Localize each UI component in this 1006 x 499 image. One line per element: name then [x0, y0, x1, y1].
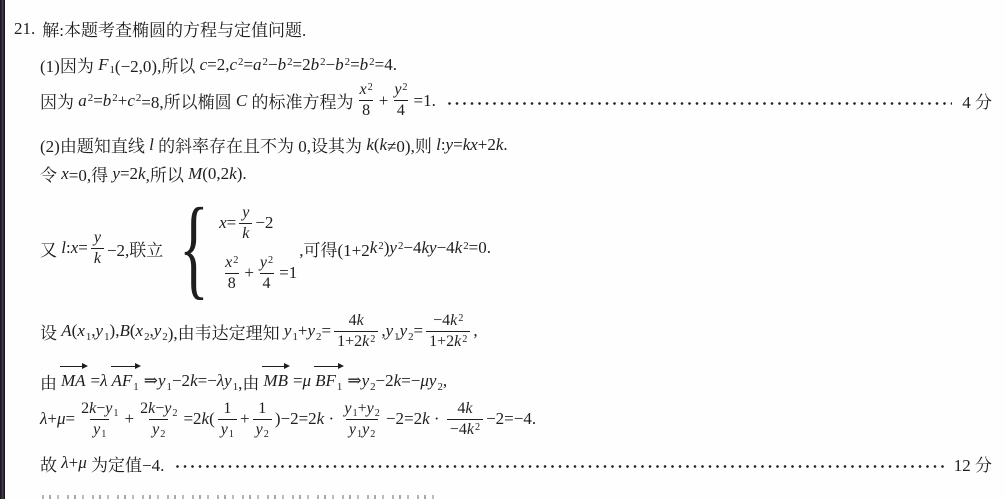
math-var: k2 — [454, 333, 467, 350]
text-run: + — [69, 453, 79, 473]
math-var: b2 — [335, 55, 350, 75]
fraction-numerator: −4k2 — [430, 311, 466, 331]
score-label: 4 分 — [960, 88, 992, 113]
vector-arrow: MB — [261, 371, 290, 391]
fraction-numerator: 4k — [454, 399, 475, 419]
math-var: k — [422, 409, 430, 429]
text-run: =8,所以椭圆 — [141, 88, 236, 113]
text-run: 8 — [228, 275, 236, 292]
fraction-denominator: y2 — [253, 419, 272, 440]
text-run: − — [268, 55, 278, 75]
text-run: · — [324, 409, 338, 429]
superscript: 2 — [398, 240, 403, 252]
equation-system: {x=yk−2x28+y24=1 — [167, 198, 297, 299]
superscript: 2 — [458, 313, 463, 324]
text-run: ),由韦达定理知 — [168, 319, 284, 344]
math-var: k — [94, 250, 101, 267]
superscript: 2 — [475, 422, 480, 433]
text-run: ). — [237, 164, 247, 184]
text-run: , — [443, 371, 447, 391]
math-var: x — [71, 238, 79, 258]
text-run: −2=2 — [386, 409, 422, 429]
math-var: k2 — [450, 312, 463, 329]
dotted-leader — [176, 465, 943, 468]
math-var: k — [229, 164, 237, 184]
superscript: 2 — [263, 56, 268, 68]
math-var: k2 — [467, 421, 480, 438]
text-run: 4 — [397, 102, 405, 119]
math-var: y1 — [221, 421, 234, 438]
math-var: y1 — [224, 371, 238, 391]
math-var: k — [496, 135, 504, 155]
fraction: x28 — [222, 253, 241, 294]
superscript: 2 — [233, 255, 238, 266]
text-run: ,由 — [238, 369, 259, 394]
text-run: −2 — [376, 371, 394, 391]
fraction-denominator: y1 — [90, 419, 109, 440]
superscript: 2 — [287, 56, 292, 68]
math-var: y2 — [367, 400, 380, 417]
clipped-next-line — [42, 495, 434, 499]
text-run: = — [414, 321, 424, 341]
text-run: ( — [209, 409, 215, 429]
subscript: 2 — [160, 429, 165, 440]
fraction-denominator: 8 — [359, 100, 373, 121]
line-part1-focus: (1)因为 F1(−2,0),所以 c=2,c2=a2−b2=2b2−b2=b2… — [40, 52, 992, 77]
fraction-denominator: k — [91, 248, 104, 269]
text-run: = — [93, 91, 103, 111]
text-run: 4 — [263, 275, 271, 292]
superscript: 2 — [88, 92, 93, 104]
math-var: μ — [78, 453, 87, 473]
math-var: b2 — [278, 55, 293, 75]
math-var: A — [61, 321, 71, 341]
subscript: 1 — [292, 331, 297, 343]
math-var: k — [202, 409, 210, 429]
superscript: 2 — [268, 255, 273, 266]
math-var: y2 — [389, 238, 403, 258]
solution-document: 21. 解:本题考查椭圆的方程与定值问题. (1)因为 F1(−2,0),所以 … — [0, 0, 1006, 499]
subscript: 1 — [353, 408, 358, 419]
fraction-numerator: 2k−y2 — [137, 399, 180, 419]
text-run: 1 — [258, 400, 266, 417]
superscript: 2 — [463, 240, 468, 252]
line-conclusion: 故 λ+μ 为定值−4.12 分 — [40, 451, 992, 476]
text-run: 1+2 — [429, 333, 454, 350]
text-run: 1 — [223, 400, 231, 417]
math-var: c2 — [127, 91, 141, 111]
cases-brace: { — [179, 198, 209, 299]
math-var: y — [429, 238, 437, 258]
problem-header-text: 解:本题考查椭圆的方程与定值问题. — [42, 16, 306, 41]
math-var: b2 — [360, 55, 375, 75]
text-run: = — [293, 371, 303, 391]
math-var: y1 — [96, 321, 110, 341]
superscript: 2 — [378, 240, 383, 252]
subscript: 1 — [109, 64, 114, 76]
math-var: y1 — [158, 371, 172, 391]
math-var: μ — [57, 409, 66, 429]
fraction-denominator: k — [239, 223, 252, 244]
text-run: ≠0),则 — [387, 132, 436, 157]
math-var: k2 — [455, 238, 469, 258]
math-var: y2 — [307, 321, 321, 341]
subscript: 2 — [375, 408, 380, 419]
math-var: MB — [263, 371, 288, 390]
fraction-denominator: 4 — [260, 273, 274, 294]
text-run: 由 — [40, 369, 57, 394]
math-var: y2 — [362, 371, 376, 391]
text-run: =− — [401, 371, 420, 391]
text-run: + — [118, 91, 128, 111]
text-run: −4 — [437, 238, 455, 258]
problem-number: 21. — [14, 19, 35, 39]
fraction-numerator: x2 — [222, 253, 241, 273]
fraction-numerator: y — [239, 203, 252, 223]
math-var: b2 — [103, 91, 118, 111]
text-run: − — [326, 55, 336, 75]
text-run: + — [124, 409, 134, 429]
math-var: BF1 — [315, 371, 342, 390]
text-run: 4 — [349, 312, 357, 329]
fraction: −4k21+2k2 — [426, 311, 470, 352]
text-run: 1+2 — [337, 333, 362, 350]
text-run: = — [227, 213, 237, 233]
superscript: 2 — [320, 56, 325, 68]
fraction-denominator: y1 — [218, 419, 237, 440]
math-var: λ — [40, 409, 47, 429]
math-var: y2 — [260, 254, 273, 271]
text-run: ,所以 — [146, 161, 189, 186]
text-run: =2, — [207, 55, 229, 75]
fraction-numerator: 1 — [255, 399, 269, 419]
text-run: + — [358, 400, 367, 417]
line-point-m: 令 x=0,得 y=2k,所以 M(0,2k). — [40, 161, 992, 186]
subscript: 2 — [408, 331, 413, 343]
text-run: =0. — [469, 238, 491, 258]
text-run: ,可得(1+2 — [299, 236, 370, 261]
vector-arrow: MA — [59, 371, 88, 391]
text-run: 令 — [40, 161, 61, 186]
line-part2-slope: (2)由题知直线 l 的斜率存在且不为 0,设其为 k(k≠0),则 l:y=k… — [40, 132, 992, 157]
text-run: =2 — [120, 164, 138, 184]
math-var: y2 — [400, 321, 414, 341]
text-run: (1)因为 — [40, 52, 98, 77]
text-run: , — [473, 321, 477, 341]
math-var: y2 — [362, 421, 375, 438]
dotted-leader — [448, 102, 952, 105]
subscript: 1 — [357, 429, 362, 440]
math-var: C — [236, 91, 247, 111]
subscript: 1 — [113, 408, 118, 419]
fraction: 4k1+2k2 — [334, 311, 378, 352]
text-run: +2 — [478, 135, 496, 155]
math-var: x — [219, 213, 227, 233]
text-run: −2,联立 — [107, 236, 163, 261]
math-var: y2 — [164, 400, 177, 417]
text-run: ⇒ — [347, 371, 361, 391]
superscript: 2 — [136, 92, 141, 104]
line-lambda-mu: λ+μ=2k−y1y1+2k−y2y2=2k(1y1+1y2)−2=2k · y… — [40, 399, 992, 440]
line-vectors: 由MA=λAF1⇒y1−2k=−λy1,由MB=μBF1⇒y2−2k=−μy2, — [40, 364, 992, 394]
text-run: =1. — [414, 91, 436, 111]
fraction: 2k−y2y2 — [137, 399, 180, 440]
text-run: −2 — [172, 371, 190, 391]
math-var: x1 — [77, 321, 91, 341]
vector-arrow: AF1 — [110, 371, 141, 391]
math-var: y1 — [344, 400, 357, 417]
subscript: 1 — [86, 331, 91, 343]
math-var: k2 — [370, 238, 384, 258]
math-var: b2 — [311, 55, 326, 75]
subscript: 1 — [133, 381, 138, 393]
text-run: (2)由题知直线 — [40, 132, 149, 157]
math-var: y2 — [152, 421, 165, 438]
superscript: 2 — [370, 334, 375, 345]
text-run: (0,2 — [202, 164, 229, 184]
math-var: F1 — [98, 55, 115, 75]
text-run: + — [379, 91, 389, 111]
text-run: + — [47, 409, 57, 429]
superscript: 2 — [112, 92, 117, 104]
text-run: 8 — [362, 102, 370, 119]
text-run: 的斜率存在且不为 0,设其为 — [154, 132, 367, 157]
text-run: = — [350, 55, 360, 75]
text-run: =2 — [293, 55, 311, 75]
math-var: k — [242, 225, 249, 242]
fraction-denominator: y2 — [149, 419, 168, 440]
math-var: μ — [420, 371, 429, 391]
fraction-denominator: 1+2k2 — [426, 331, 470, 352]
text-run: + — [244, 263, 254, 283]
subscript: 2 — [437, 381, 442, 393]
text-run: − — [155, 400, 164, 417]
text-run: 2 — [81, 400, 89, 417]
math-var: k — [357, 312, 364, 329]
math-var: y — [112, 164, 120, 184]
subscript: 2 — [264, 429, 269, 440]
text-run: − — [96, 400, 105, 417]
math-var: B — [119, 321, 129, 341]
superscript: 2 — [369, 56, 374, 68]
subscript: 1 — [233, 381, 238, 393]
text-run: (−2,0),所以 — [115, 52, 200, 77]
text-run: = — [78, 238, 88, 258]
math-var: k — [421, 238, 429, 258]
subscript: 1 — [229, 429, 234, 440]
case-row: x=yk−2 — [219, 203, 273, 244]
text-run: + — [240, 409, 250, 429]
fraction-denominator: 4 — [394, 100, 408, 121]
fraction-denominator: y1y2 — [346, 419, 378, 440]
math-var: x — [470, 135, 478, 155]
math-var: λ — [61, 453, 68, 473]
line-equation-system: 又 l:x=yk−2,联立{x=yk−2x28+y24=1,可得(1+2k2)y… — [40, 198, 992, 299]
text-run: −4 — [450, 421, 467, 438]
math-var: λ — [100, 371, 107, 391]
math-var: y1 — [284, 321, 298, 341]
text-run: = — [453, 135, 463, 155]
cases-column: x=yk−2x28+y24=1 — [219, 203, 297, 294]
text-run: )−2=2 — [275, 409, 317, 429]
math-var: k2 — [362, 333, 375, 350]
fraction-numerator: 1 — [220, 399, 234, 419]
text-run: = — [243, 55, 253, 75]
text-run: 2 — [140, 400, 148, 417]
subscript: 2 — [162, 331, 167, 343]
subscript: 2 — [370, 381, 375, 393]
text-run: =0,得 — [69, 161, 113, 186]
math-var: y — [446, 135, 454, 155]
text-run: −2=−4. — [486, 409, 536, 429]
fraction: 1y1 — [218, 399, 237, 440]
text-run: 设 — [40, 319, 61, 344]
math-var: x2 — [359, 81, 372, 98]
text-run: 因为 — [40, 88, 78, 113]
text-run: ), — [110, 321, 120, 341]
fraction-numerator: 2k−y1 — [78, 399, 121, 419]
subscript: 2 — [316, 331, 321, 343]
superscript: 2 — [345, 56, 350, 68]
fraction: x28 — [356, 80, 375, 121]
math-var: a2 — [78, 91, 93, 111]
math-var: k — [366, 135, 374, 155]
fraction-numerator: y2 — [257, 253, 276, 273]
text-run: · — [430, 409, 444, 429]
superscript: 2 — [238, 56, 243, 68]
fraction-denominator: 8 — [225, 273, 239, 294]
math-var: k — [317, 409, 325, 429]
math-var: a2 — [253, 55, 268, 75]
math-var: y2 — [394, 81, 407, 98]
case-row: x28+y24=1 — [219, 253, 297, 294]
subscript: 2 — [370, 429, 375, 440]
fraction: yk — [91, 228, 104, 269]
fraction-numerator: x2 — [356, 80, 375, 100]
text-run: 又 — [40, 236, 61, 261]
text-run: . — [503, 135, 507, 155]
solution-content: 21. 解:本题考查椭圆的方程与定值问题. (1)因为 F1(−2,0),所以 … — [0, 0, 1006, 476]
text-run: =1 — [279, 263, 297, 283]
vector-arrow: BF1 — [313, 371, 344, 391]
fraction: y24 — [257, 253, 276, 294]
math-var: y1 — [105, 400, 118, 417]
math-var: c2 — [229, 55, 243, 75]
math-var: x — [61, 164, 69, 184]
subscript: 2 — [172, 408, 177, 419]
fraction-numerator: y1+y2 — [341, 399, 383, 419]
text-run: =2 — [183, 409, 201, 429]
line-ellipse-equation: 因为 a2=b2+c2=8,所以椭圆 C 的标准方程为x28+y24=1.4 分 — [40, 80, 992, 121]
fraction: 2k−y1y1 — [78, 399, 121, 440]
fraction: y24 — [391, 80, 410, 121]
text-run: −4 — [403, 238, 421, 258]
math-var: x2 — [225, 254, 238, 271]
math-var: μ — [303, 371, 312, 391]
math-var: k — [394, 371, 402, 391]
subscript: 2 — [144, 331, 149, 343]
fraction: yk — [239, 203, 252, 244]
math-var: y2 — [256, 421, 269, 438]
superscript: 2 — [402, 82, 407, 93]
math-var: x2 — [136, 321, 150, 341]
text-run: 为定值−4. — [87, 451, 165, 476]
text-run: 故 — [40, 451, 61, 476]
subscript: 1 — [394, 331, 399, 343]
math-var: y1 — [349, 421, 362, 438]
math-var: y1 — [386, 321, 400, 341]
math-var: k — [190, 371, 198, 391]
fraction: y1+y2y1y2 — [341, 399, 383, 440]
math-var: y — [242, 204, 249, 221]
math-var: c — [200, 55, 208, 75]
fraction-numerator: 4k — [346, 311, 367, 331]
math-var: k — [380, 135, 388, 155]
text-run: −4 — [433, 312, 450, 329]
fraction-numerator: y — [91, 228, 104, 248]
math-var: M — [188, 164, 202, 184]
subscript: 1 — [337, 381, 342, 393]
text-run: = — [321, 321, 331, 341]
fraction: 4k−4k2 — [447, 399, 483, 440]
score-label: 12 分 — [952, 451, 992, 476]
superscript: 2 — [368, 82, 373, 93]
superscript: 2 — [462, 334, 467, 345]
fraction-denominator: 1+2k2 — [334, 331, 378, 352]
text-run: =4. — [375, 55, 397, 75]
text-run: −2 — [255, 213, 273, 233]
text-run: = — [91, 371, 101, 391]
line-problem-header: 21. 解:本题考查椭圆的方程与定值问题. — [14, 16, 992, 41]
math-var: k — [465, 400, 472, 417]
math-var: k — [138, 164, 146, 184]
subscript: 1 — [167, 381, 172, 393]
fraction: 1y2 — [253, 399, 272, 440]
text-run: ⇒ — [144, 371, 158, 391]
fraction-denominator: −4k2 — [447, 419, 483, 440]
subscript: 1 — [101, 429, 106, 440]
text-run: 的标准方程为 — [247, 88, 353, 113]
subscript: 1 — [104, 331, 109, 343]
text-run: = — [66, 409, 76, 429]
math-var: y1 — [93, 421, 106, 438]
math-var: y2 — [429, 371, 443, 391]
line-vieta: 设 A(x1,y1),B(x2,y2),由韦达定理知 y1+y2=4k1+2k2… — [40, 311, 992, 352]
math-var: MA — [61, 371, 86, 390]
math-var: AF1 — [112, 371, 139, 390]
math-var: y — [94, 229, 101, 246]
text-run: =− — [198, 371, 217, 391]
math-var: y2 — [154, 321, 168, 341]
fraction-numerator: y2 — [391, 80, 410, 100]
